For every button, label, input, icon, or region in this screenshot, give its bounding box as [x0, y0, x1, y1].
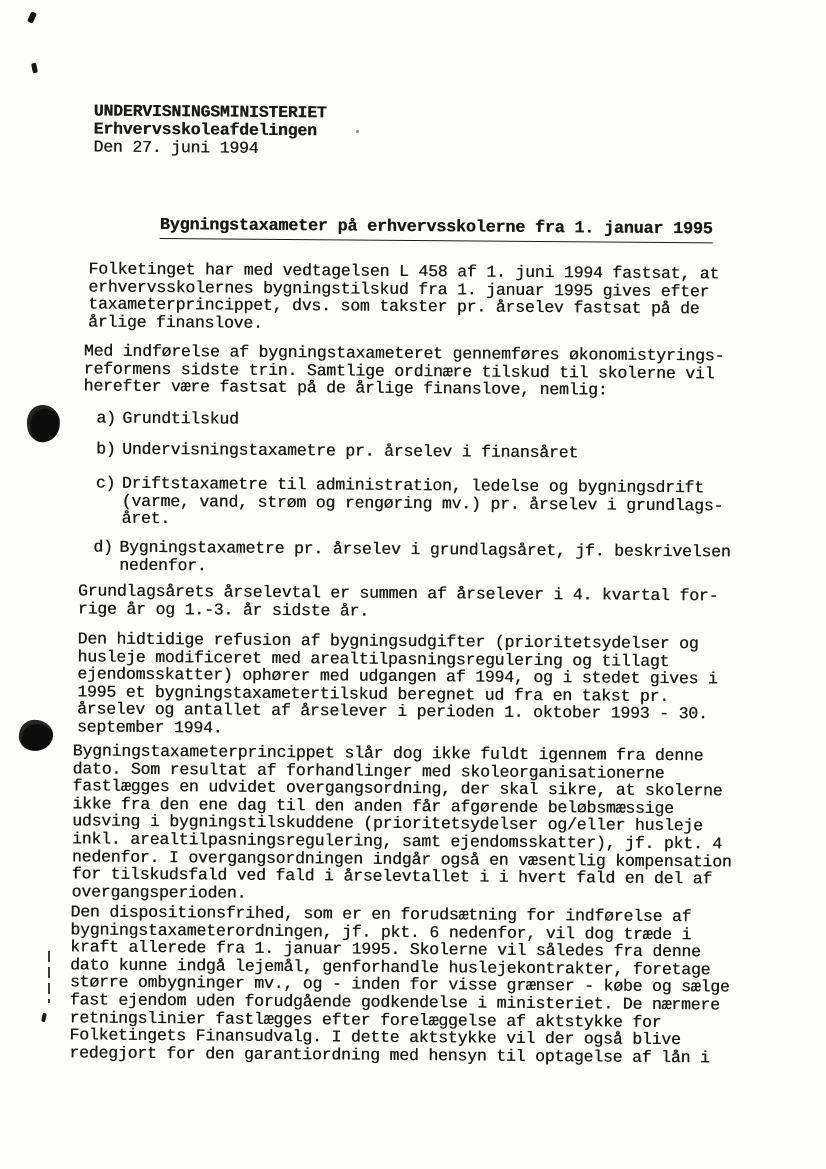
letterhead-date: Den 27. juni 1994: [93, 138, 258, 157]
typed-content: UNDERVISNINGSMINISTERIET Erhvervsskoleaf…: [0, 0, 826, 1169]
scanned-document-page: UNDERVISNINGSMINISTERIET Erhvervsskoleaf…: [0, 0, 826, 1169]
list-item-marker: b): [96, 441, 122, 459]
list-item-b: b) Undervisningstaxametre pr. årselev i …: [96, 441, 578, 462]
list-item-d: d) Bygningstaxametre pr. årselev i grund…: [93, 538, 730, 578]
list-item-text: Undervisningstaxametre pr. årselev i fin…: [122, 441, 578, 462]
list-item-a: a) Grundtilskud: [96, 410, 239, 429]
paragraph-reform: Med indførelse af bygningstaxameteret ge…: [83, 342, 724, 400]
list-item-text: Driftstaxametre til administration, lede…: [121, 475, 723, 533]
list-item-c: c) Driftstaxametre til administration, l…: [95, 475, 723, 533]
paragraph-disposition: Den dispositionsfrihed, som er en foruds…: [69, 903, 730, 1067]
paragraph-grundlagsaar: Grundlagsårets årselevtal er summen af å…: [78, 582, 719, 622]
list-item-marker: d): [93, 538, 119, 573]
list-item-marker: a): [96, 410, 122, 428]
paragraph-overgang: Bygningstaxameterprincippet slår dog ikk…: [72, 742, 733, 906]
list-item-marker: c): [95, 475, 121, 528]
paragraph-intro: Folketinget har med vedtagelsen L 458 af…: [88, 260, 719, 335]
list-item-text: Bygningstaxametre pr. årselev i grundlag…: [119, 539, 730, 579]
paragraph-refusion: Den hidtidige refusion af bygningsudgift…: [77, 630, 718, 741]
list-item-text: Grundtilskud: [122, 410, 239, 429]
document-title: Bygningstaxameter på erhvervsskolerne fr…: [160, 216, 713, 243]
